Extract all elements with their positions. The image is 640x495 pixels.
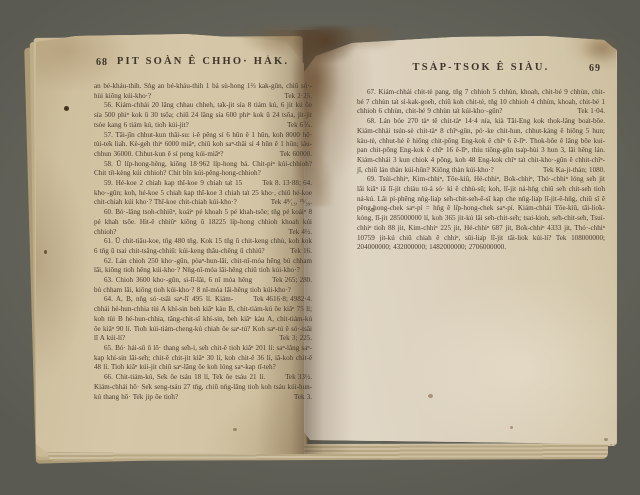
problem-paragraph: 58. Ū li̍p-hong-hêng, kiōng 18·962 li̍p-… (94, 160, 312, 179)
problem-paragraph: 57. Tāi-jîn chhut-kun thâi-su: i-ê pêng … (94, 131, 312, 160)
left-page-header: 68 PIT SOÀN Ê CHHO· HA̍K. (94, 56, 312, 74)
problem-paragraph: 61. Ū chit-tiâu-koe, tn̄g 480 tn̄g. Kok … (94, 237, 312, 256)
answer-label: Tek 265; 280. (252, 276, 312, 286)
problem-paragraph: 67. Kiám-chhái chit-tè pang, tn̄g 7 chhi… (357, 88, 605, 117)
problem-paragraph: an bé-kháu-thih. Sǹg an bé-kháu-thih 1 b… (94, 82, 312, 101)
answer-label: Tek 4616·8; 4982·4. (233, 295, 312, 305)
answer-label: Tek 8. 13·88; 64. (242, 179, 312, 189)
answer-label: Tek 16. (270, 247, 312, 257)
page-number: 69 (589, 63, 601, 74)
problem-text: 69. Tsúi-chhiⁿ, Kim-chhiⁿ, Tōe-kiû, Hé-c… (357, 175, 605, 241)
problem-text: 62. Lán chioh 250 kho·-gûn, pòaⁿ-hun-lāi… (94, 257, 312, 275)
answer-label: Tek 33½. (265, 373, 312, 383)
problem-paragraph: 56. Kiám-chhái 20 lâng chhau chheh, ta̍k… (94, 101, 312, 130)
answer-label: Tek 60000. (260, 150, 312, 160)
page-number: 68 (96, 57, 108, 68)
answer-label: Tek 1·04. (558, 107, 605, 117)
problem-paragraph: 69. Tsúi-chhiⁿ, Kim-chhiⁿ, Tōe-kiû, Hé-c… (357, 175, 605, 253)
problem-text: 68. Lán bóe 270 tàⁿ tê chit-tàⁿ 14·4 nía… (357, 117, 605, 174)
problem-paragraph: 65. Bó· hái-sū ū lō· thang se̍h-i, se̍h … (94, 344, 312, 373)
page-title: TSA̍P-TSOK Ê SIÀU. (357, 62, 605, 73)
answer-label: Tek Ka-ji-thàn; 1080. (523, 166, 605, 176)
problem-paragraph: 62. Lán chioh 250 kho·-gûn, pòaⁿ-hun-lāi… (94, 257, 312, 276)
answer-label: Tek 3; 225. (259, 334, 312, 344)
page-title: PIT SOÀN Ê CHHO· HA̍K. (94, 56, 312, 67)
answer-label: Tek 4½. (269, 228, 312, 238)
problem-paragraph: 60. Bó·-lâng tsoh-chhiûⁿ, koáiⁿ pé khoah… (94, 208, 312, 237)
answer-label: Tek 4⁸⁄₁₃, ²⁵⁄₃₉. (251, 198, 312, 208)
left-page-text: 68 PIT SOÀN Ê CHHO· HA̍K. an bé-kháu-thi… (94, 56, 312, 402)
problem-paragraph: 68. Lán bóe 270 tàⁿ tê chit-tàⁿ 14·4 nía… (357, 117, 605, 175)
answer-label: Tek 2·25. (275, 92, 312, 102)
answer-label: Tek 6⅖. (267, 121, 312, 131)
right-page-text: TSA̍P-TSOK Ê SIÀU. 69 67. Kiám-chhái chi… (357, 62, 605, 253)
left-page-body: an bé-kháu-thih. Sǹg an bé-kháu-thih 1 b… (94, 82, 312, 402)
problem-text: 58. Ū li̍p-hong-hêng, kiōng 18·962 li̍p-… (94, 160, 312, 178)
problem-text: 65. Bó· hái-sū ū lō· thang se̍h-i, se̍h … (94, 344, 312, 371)
answer-label: Tek 3. (274, 393, 312, 403)
right-page-body: 67. Kiám-chhái chit-tè pang, tn̄g 7 chhi… (357, 88, 605, 253)
book-scan-photo: 68 PIT SOÀN Ê CHHO· HA̍K. an bé-kháu-thi… (0, 0, 640, 495)
right-page-header: TSA̍P-TSOK Ê SIÀU. 69 (357, 62, 605, 80)
